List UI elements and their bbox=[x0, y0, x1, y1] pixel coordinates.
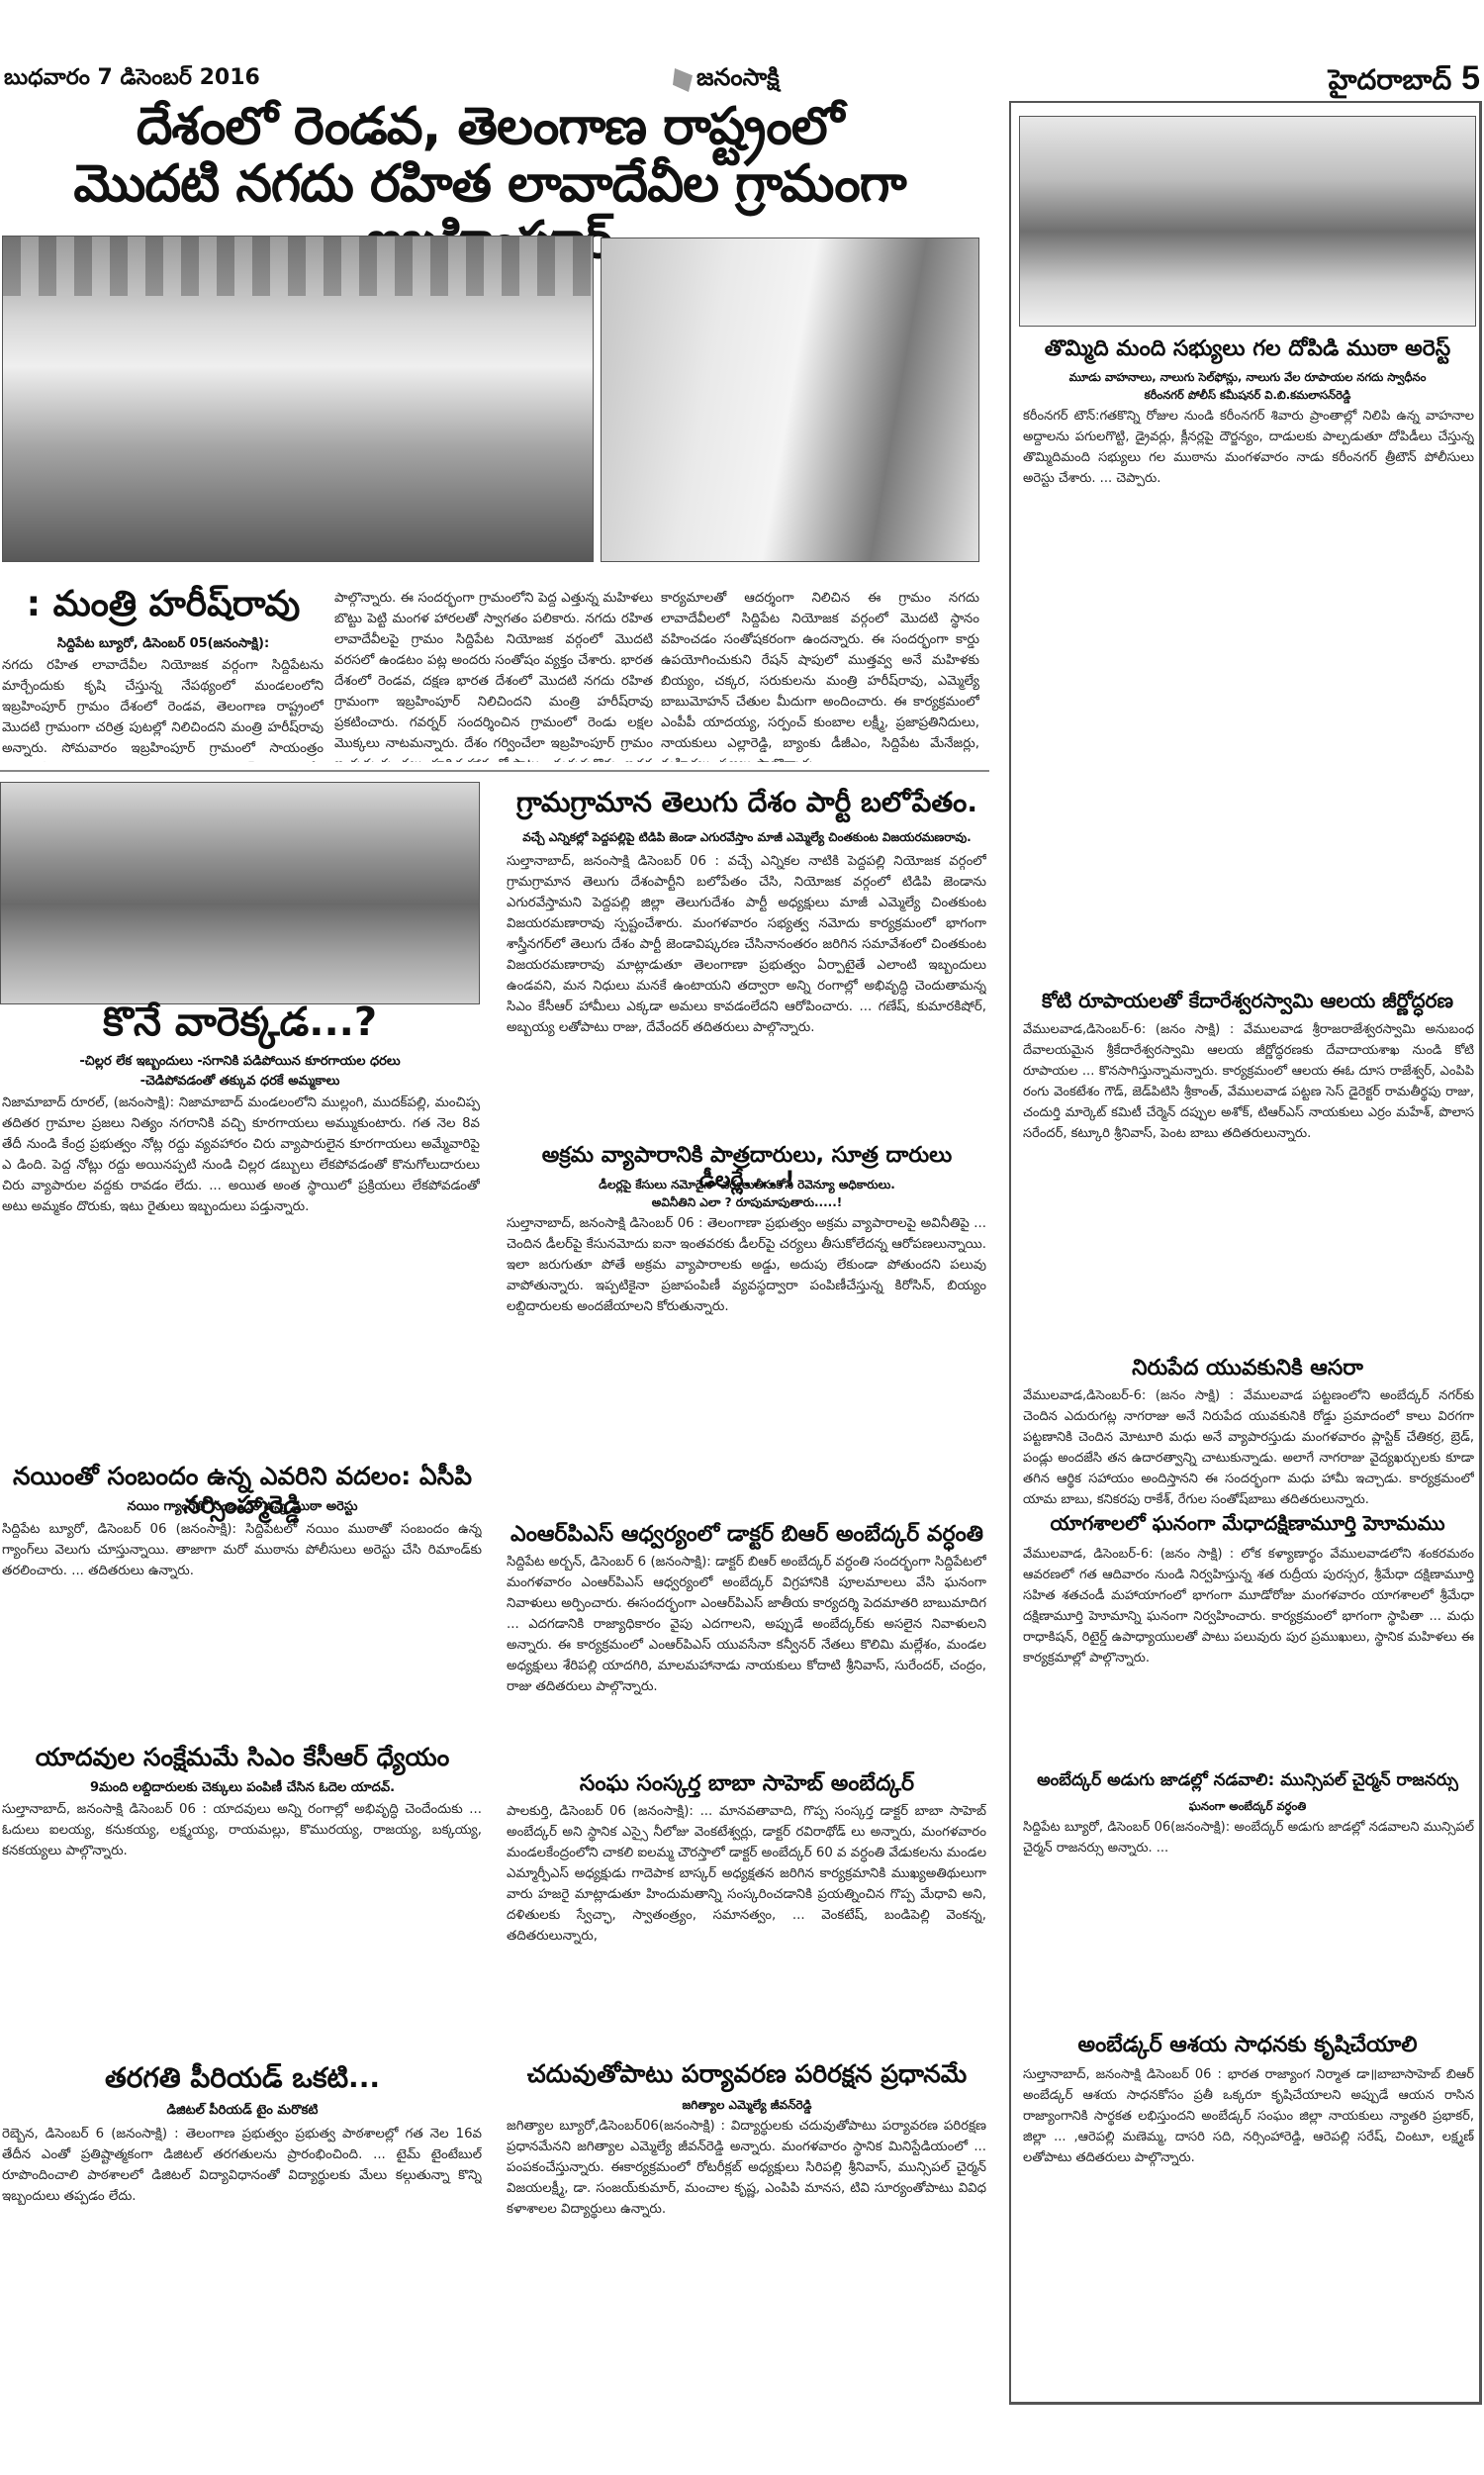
ambedkar-body: సుల్తానాబాద్, జనంసాక్షి డిసెంబర్ 06 : భా… bbox=[1023, 2064, 1474, 2396]
lead-photo-meeting bbox=[2, 236, 594, 562]
municipal-sub: ఘనంగా అంబేద్కర్ వర్ధంతి bbox=[1019, 1795, 1476, 1817]
arrest-sub2: కరీంనగర్ పోలీస్ కమీషనర్ వి.బి.కమలాసన్‌రె… bbox=[1019, 384, 1476, 406]
dealers-sub2: అవినీతిని ఎలా ? రూపుమాపుతారు.....! bbox=[505, 1191, 989, 1213]
telangana-map-icon bbox=[673, 68, 693, 92]
temple-body: వేములవాడ,డిసెంబర్-6: (జనం సాక్షి) : వేము… bbox=[1023, 1019, 1474, 1346]
digital-body: రెబ్బెన, డిసెంబర్ 6 (జనంసాక్షి) : తెలంగా… bbox=[2, 2124, 482, 2401]
page-number: 5 bbox=[1461, 59, 1480, 97]
education-body: జగిత్యాల బ్యూరో,డిసెంబర్06(జనంసాక్షి) : … bbox=[507, 2116, 986, 2403]
lead-column-3: కార్యమాలతో ఆదర్శంగా నిలిచిన ఈ గ్రామం నగద… bbox=[661, 588, 979, 762]
mrps-body: సిద్దిపేట అర్బన్, డిసెంబర్ 6 (జనంసాక్షి)… bbox=[507, 1552, 986, 1760]
tdp-headline: గ్రామగ్రామాన తెలుగు దేశం పార్టీ బలోపేతం. bbox=[505, 787, 989, 818]
tdp-body: సుల్తానాబాద్, జనంసాక్షి డిసెంబర్ 06 : వచ… bbox=[507, 851, 986, 1138]
tdp-sub: వచ్చే ఎన్నికల్లో పెద్దపల్లిపై టిడిపి జెం… bbox=[505, 826, 989, 848]
lead-headline-line1: దేశంలో రెండవ, తెలంగాణ రాష్ట్రంలో bbox=[0, 99, 979, 155]
lead-photo-distribution bbox=[601, 238, 979, 562]
municipal-headline: అంబేద్కర్ అడుగు జాడల్లో నడవాలి: మున్సిపల… bbox=[1019, 1771, 1476, 1791]
education-sub: జగిత్యాల ఎమ్మెల్యే జీవన్‌రెడ్డి bbox=[505, 2094, 989, 2116]
yadava-headline: యాదవుల సంక్షేమమే సిఎం కేసీఆర్ ధ్యేయం bbox=[0, 1744, 485, 1772]
vegetable-headline: కొనే వారెక్కడ...? bbox=[0, 1000, 480, 1045]
municipal-body: సిద్దిపేట బ్యూరో, డిసెంబర్ 06(జనంసాక్షి)… bbox=[1023, 1817, 1474, 2025]
edition-name: హైదరాబాద్ bbox=[1329, 63, 1452, 96]
yadava-sub: 9మంది లబ్దిదారులకు చెక్కులు పంపిణీ చేసిన… bbox=[0, 1777, 485, 1799]
arrest-body: కరీంనగర్ టౌన్:గతకొన్ని రోజుల నుండి కరీంన… bbox=[1023, 406, 1474, 980]
lead-dateline: సిద్దిపేట బ్యూరో, డిసెంబర్ 05(జనంసాక్షి)… bbox=[0, 633, 326, 655]
mrps-headline: ఎంఆర్‌పిఎస్ ఆధ్వర్యంలో డాక్టర్ బిఆర్ అంబ… bbox=[505, 1522, 989, 1547]
lead-column-2: పాల్గొన్నారు. ఈ సందర్భంగా గ్రామంలోని పెద… bbox=[334, 588, 653, 762]
vegetable-sub2: -చెడిపోవడంతో తక్కువ ధరకే అమ్మకాలు bbox=[0, 1071, 480, 1093]
section-divider bbox=[0, 770, 989, 772]
digital-sub: డిజిటల్ పీరియడ్ టైం మరొకటి bbox=[0, 2100, 485, 2122]
temple-headline: కోటి రూపాయలతో కేదారేశ్వరస్వామి ఆలయ జీర్ణ… bbox=[1019, 990, 1476, 1012]
dealers-body: సుల్తానాబాద్, జనంసాక్షి డిసెంబర్ 06 : తె… bbox=[507, 1213, 986, 1510]
vegetable-body: నిజామాబాద్ రూరల్, (జనంసాక్షి): నిజామాబాద… bbox=[2, 1093, 480, 1459]
vegetable-market-photo bbox=[0, 782, 480, 1004]
edition-page: హైదరాబాద్ 5 bbox=[1329, 59, 1480, 103]
police-press-photo bbox=[1019, 116, 1476, 327]
nayeem-sub: నయిం గ్యాంగ్‌తో సంబందం ఉన్న ముఠా అరెస్టు bbox=[0, 1496, 485, 1518]
lead-attribution: : మంత్రి హరీష్‌రావు bbox=[0, 584, 326, 624]
ambedkar-headline: అంబేడ్కర్ ఆశయ సాధనకు కృషిచేయాలి bbox=[1019, 2033, 1476, 2057]
lead-column-1: నగదు రహిత లావాదేవీల నియోజక వర్గంగా సిద్ద… bbox=[2, 655, 324, 762]
paper-name: జనంసాక్షి bbox=[696, 63, 780, 97]
homam-body: వేములవాడ, డిసెంబర్-6: (జనం సాక్షి) : లోక… bbox=[1023, 1544, 1474, 1761]
yadava-body: సుల్తానాబాద్, జనంసాక్షి డిసెంబర్ 06 : యా… bbox=[2, 1799, 482, 2058]
youth-headline: నిరుపేద యువకునికి ఆసరా bbox=[1019, 1356, 1476, 1380]
arrest-headline: తొమ్మిది మంది సభ్యులు గల దోపిడి ముఠా అరె… bbox=[1019, 336, 1476, 361]
issue-date: బుధవారం 7 డిసెంబర్ 2016 bbox=[4, 65, 260, 95]
sangha-headline: సంఘ సంస్కర్త బాబా సాహెబ్ అంబేద్కర్ bbox=[505, 1771, 989, 1796]
nayeem-body: సిద్దిపేట బ్యూరో, డిసెంబర్ 06 (జనంసాక్షి… bbox=[2, 1519, 482, 1732]
digital-headline: తరగతి పీరియడ్ ఒకటి... bbox=[0, 2062, 485, 2094]
paper-logo: జనంసాక్షి bbox=[673, 63, 780, 97]
vegetable-sub1: -చిల్లర లేక ఇబ్బందులు -సగానికి పడిపోయిన … bbox=[0, 1051, 480, 1073]
sangha-body: పాలకుర్తి, డిసెంబర్ 06 (జనంసాక్షి): ... … bbox=[507, 1801, 986, 2039]
education-headline: చదువుతోపాటు పర్యావరణ పరిరక్షన ప్రధానమే bbox=[505, 2060, 989, 2089]
homam-headline: యాగశాలలో ఘనంగా మేధాదక్షిణామూర్తి హెూమము bbox=[1019, 1512, 1476, 1535]
